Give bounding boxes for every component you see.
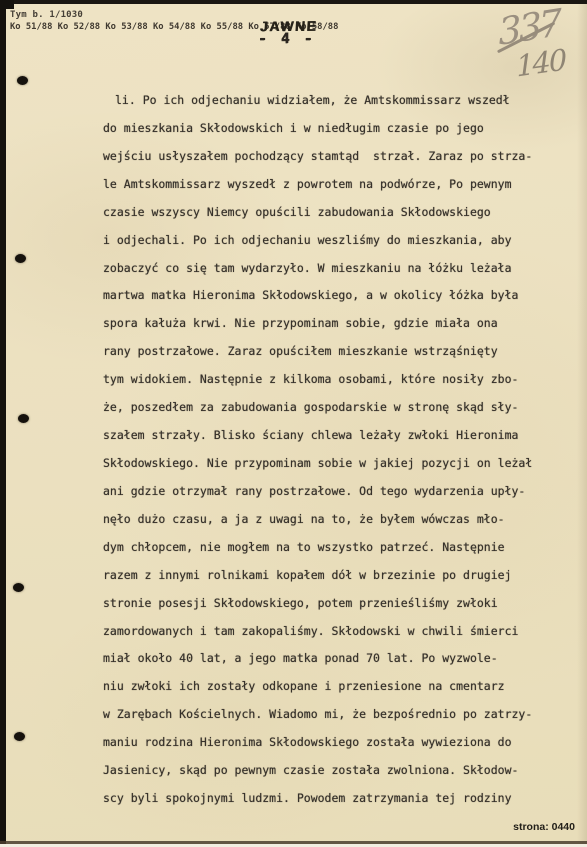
punch-hole bbox=[13, 583, 24, 592]
text-line: zobaczyć co się tam wydarzyło. W mieszka… bbox=[103, 255, 563, 283]
scan-page-label: strona: 0440 bbox=[513, 821, 575, 833]
punch-hole bbox=[15, 254, 26, 263]
text-line: zamordowanych i tam zakopaliśmy. Skłodow… bbox=[103, 618, 563, 646]
punch-hole bbox=[17, 76, 28, 85]
text-line: rany postrzałowe. Zaraz opuściłem mieszk… bbox=[103, 338, 563, 366]
text-line: niu zwłoki ich zostały odkopane i przeni… bbox=[103, 673, 563, 701]
text-line: nęło dużo czasu, a ja z uwagi na to, że … bbox=[103, 506, 563, 534]
text-line: razem z innymi rolnikami kopałem dół w b… bbox=[103, 562, 563, 590]
scan-edge-left bbox=[0, 0, 6, 847]
text-line: tym widokiem. Następnie z kilkoma osobam… bbox=[103, 366, 563, 394]
text-line: spora kałuża krwi. Nie przypominam sobie… bbox=[103, 310, 563, 338]
scan-background-strip bbox=[0, 844, 587, 847]
text-line: w Zarębach Kościelnych. Wiadomo mi, że b… bbox=[103, 701, 563, 729]
punch-hole bbox=[14, 732, 25, 741]
text-line: dym chłopcem, nie mogłem na to wszystko … bbox=[103, 534, 563, 562]
punch-hole bbox=[18, 414, 29, 423]
jawne-stamp: JAWNE bbox=[259, 18, 317, 34]
text-line: scy byli spokojnymi ludzmi. Powodem zatr… bbox=[103, 785, 563, 813]
handwritten-number: 140 bbox=[515, 43, 566, 84]
scan-edge-right-shade bbox=[577, 0, 587, 847]
text-line: wejściu usłyszałem pochodzący stamtąd st… bbox=[103, 143, 563, 171]
text-line: maniu rodzina Hieronima Skłodowskiego zo… bbox=[103, 729, 563, 757]
text-line: Skłodowskiego. Nie przypominam sobie w j… bbox=[103, 450, 563, 478]
text-line: li. Po ich odjechaniu widziałem, że Amts… bbox=[103, 87, 563, 115]
text-line: że, poszedłem za zabudowania gospodarski… bbox=[103, 394, 563, 422]
text-line: do mieszkania Skłodowskich i w niedługim… bbox=[103, 115, 563, 143]
text-line: szałem strzały. Blisko ściany chlewa leż… bbox=[103, 422, 563, 450]
typewritten-body: li. Po ich odjechaniu widziałem, że Amts… bbox=[103, 87, 563, 813]
text-line: Jasienicy, skąd po pewnym czasie została… bbox=[103, 757, 563, 785]
text-line: martwa matka Hieronima Skłodowskiego, a … bbox=[103, 282, 563, 310]
text-line: czasie wszyscy Niemcy opuścili zabudowan… bbox=[103, 199, 563, 227]
text-line: ani gdzie otrzymał rany postrzałowe. Od … bbox=[103, 478, 563, 506]
scanned-document-page: Tym b. 1/1030 Ko 51/88 Ko 52/88 Ko 53/88… bbox=[0, 0, 587, 847]
scan-edge-corner bbox=[0, 0, 14, 9]
text-line: stronie posesji Skłodowskiego, potem prz… bbox=[103, 590, 563, 618]
text-line: i odjechali. Po ich odjechaniu weszliśmy… bbox=[103, 227, 563, 255]
text-line: le Amtskommissarz wyszedł z powrotem na … bbox=[103, 171, 563, 199]
archive-ref: Tym b. 1/1030 bbox=[10, 10, 83, 20]
scan-edge-top bbox=[0, 0, 587, 4]
text-line: miał około 40 lat, a jego matka ponad 70… bbox=[103, 645, 563, 673]
